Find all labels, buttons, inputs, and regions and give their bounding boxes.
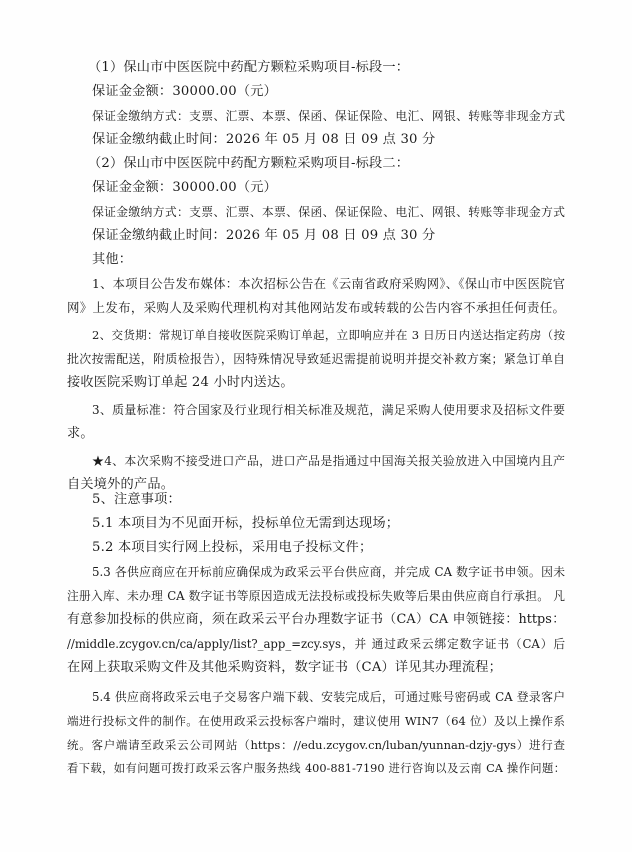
text-line: 保证金缴纳方式：支票、汇票、本票、保函、保证保险、电汇、网银、转账等非现金方式 bbox=[92, 200, 565, 224]
text-line: 在网上获取采购文件及其他采购资料，数字证书（CA）详见其办理流程； bbox=[67, 656, 565, 680]
text-line: 批次按需配送，附质检报告），因特殊情况导致延迟需提前说明并提交补救方案；紧急订单… bbox=[67, 347, 565, 371]
document-page: （1）保山市中医医院中药配方颗粒采购项目-标段一：保证金金额：30000.00（… bbox=[0, 0, 632, 852]
text-line: 5.4 供应商将政采云电子交易客户端下载、安装完成后，可通过账号密码或 CA 登… bbox=[92, 685, 565, 709]
text-line: （2）保山市中医医院中药配方颗粒采购项目-标段二： bbox=[88, 152, 586, 176]
text-line: 5.1 本项目为不见面开标，投标单位无需到达现场； bbox=[92, 512, 565, 536]
text-line: 保证金金额：30000.00（元） bbox=[92, 80, 565, 104]
text-line: 看下载，如有问题可拨打政采云客户服务热线 400-881-7190 进行咨询以及… bbox=[67, 757, 565, 781]
text-line: 3、质量标准：符合国家及行业现行相关标准及规范，满足采购人使用要求及招标文件要 bbox=[92, 398, 565, 422]
text-line: 5.2 本项目实行网上投标，采用电子投标文件； bbox=[92, 536, 565, 560]
text-line: ★4、本次采购不接受进口产品，进口产品是指通过中国海关报关验放进入中国境内且产 bbox=[92, 449, 565, 473]
text-line: 接收医院采购订单起 24 小时内送达。 bbox=[67, 371, 565, 395]
text-line: 保证金缴纳截止时间：2026 年 05 月 08 日 09 点 30 分 bbox=[92, 224, 565, 248]
text-line: 1、本项目公告发布媒体：本次招标公告在《云南省政府采购网》、《保山市中医医院官 bbox=[92, 272, 565, 296]
text-line: //middle.zcygov.cn/ca/apply/list?_app_=z… bbox=[67, 632, 565, 656]
text-line: 保证金缴纳方式：支票、汇票、本票、保函、保证保险、电汇、网银、转账等非现金方式 bbox=[92, 104, 565, 128]
text-line: 有意参加投标的供应商，须在政采云平台办理数字证书（CA）CA 申领链接：http… bbox=[67, 608, 565, 632]
text-line: 其他： bbox=[92, 248, 565, 272]
text-line: 统。客户端请至政采云公司网站（https：//edu.zcygov.cn/lub… bbox=[67, 733, 565, 757]
text-line: 2、交货期：常规订单自接收医院采购订单起，立即响应并在 3 日历日内送达指定药房… bbox=[92, 323, 565, 347]
text-line: 网》上发布，采购人及采购代理机构对其他网站发布或转载的公告内容不承担任何责任。 bbox=[67, 296, 565, 320]
text-line: 注册入库、未办理 CA 数字证书等原因造成无法投标或投标失败等后果由供应商自行承… bbox=[67, 584, 565, 608]
text-line: 端进行投标文件的制作。在使用政采云投标客户端时，建议使用 WIN7（64 位）及… bbox=[67, 709, 565, 733]
text-line: 5.3 各供应商应在开标前应确保成为政采云平台供应商，并完成 CA 数字证书申领… bbox=[92, 560, 565, 584]
text-line: （1）保山市中医医院中药配方颗粒采购项目-标段一： bbox=[88, 56, 586, 80]
text-line: 5、注意事项： bbox=[92, 488, 565, 512]
text-line: 保证金金额：30000.00（元） bbox=[92, 176, 565, 200]
text-line: 保证金缴纳截止时间：2026 年 05 月 08 日 09 点 30 分 bbox=[92, 128, 565, 152]
text-line: 求。 bbox=[67, 422, 565, 446]
